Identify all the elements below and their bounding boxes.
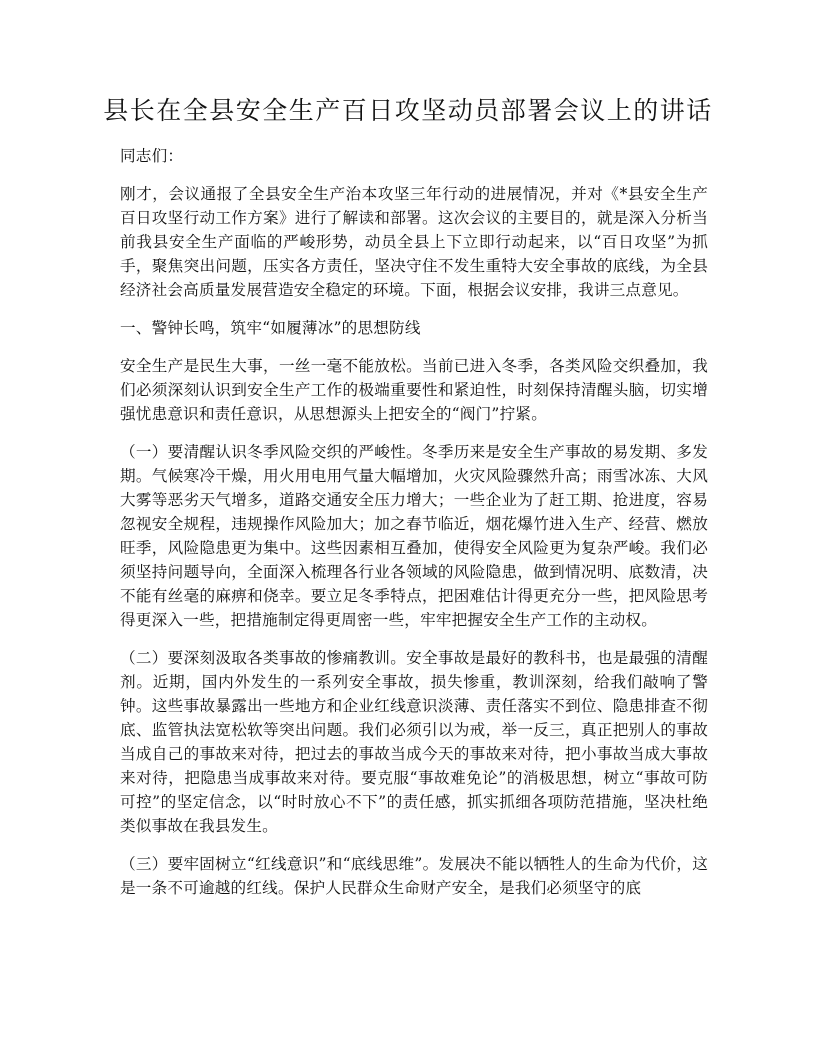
document-title: 县长在全县安全生产百日攻坚动员部署会议上的讲话 xyxy=(0,95,816,127)
section-heading-1: 一、警钟长鸣，筑牢“如履薄冰”的思想防线 xyxy=(120,316,708,340)
paragraph-subsection-2: （二）要深刻汲取各类事故的惨痛教训。安全事故是最好的教科书，也是最强的清醒剂。近… xyxy=(120,646,708,838)
paragraph-intro: 刚才，会议通报了全县安全生产治本攻坚三年行动的进展情况，并对《*县安全生产百日攻… xyxy=(120,182,708,302)
document-body: 同志们： 刚才，会议通报了全县安全生产治本攻坚三年行动的进展情况，并对《*县安全… xyxy=(120,144,708,914)
paragraph-section-1-intro: 安全生产是民生大事，一丝一毫不能放松。当前已进入冬季，各类风险交织叠加，我们必须… xyxy=(120,354,708,426)
paragraph-subsection-1: （一）要清醒认识冬季风险交织的严峻性。冬季历来是安全生产事故的易发期、多发期。气… xyxy=(120,440,708,632)
document-page: 县长在全县安全生产百日攻坚动员部署会议上的讲话 同志们： 刚才，会议通报了全县安… xyxy=(0,0,816,1056)
salutation: 同志们： xyxy=(120,144,708,168)
paragraph-subsection-3: （三）要牢固树立“红线意识”和“底线思维”。发展决不能以牺牲人的生命为代价，这是… xyxy=(120,852,708,900)
